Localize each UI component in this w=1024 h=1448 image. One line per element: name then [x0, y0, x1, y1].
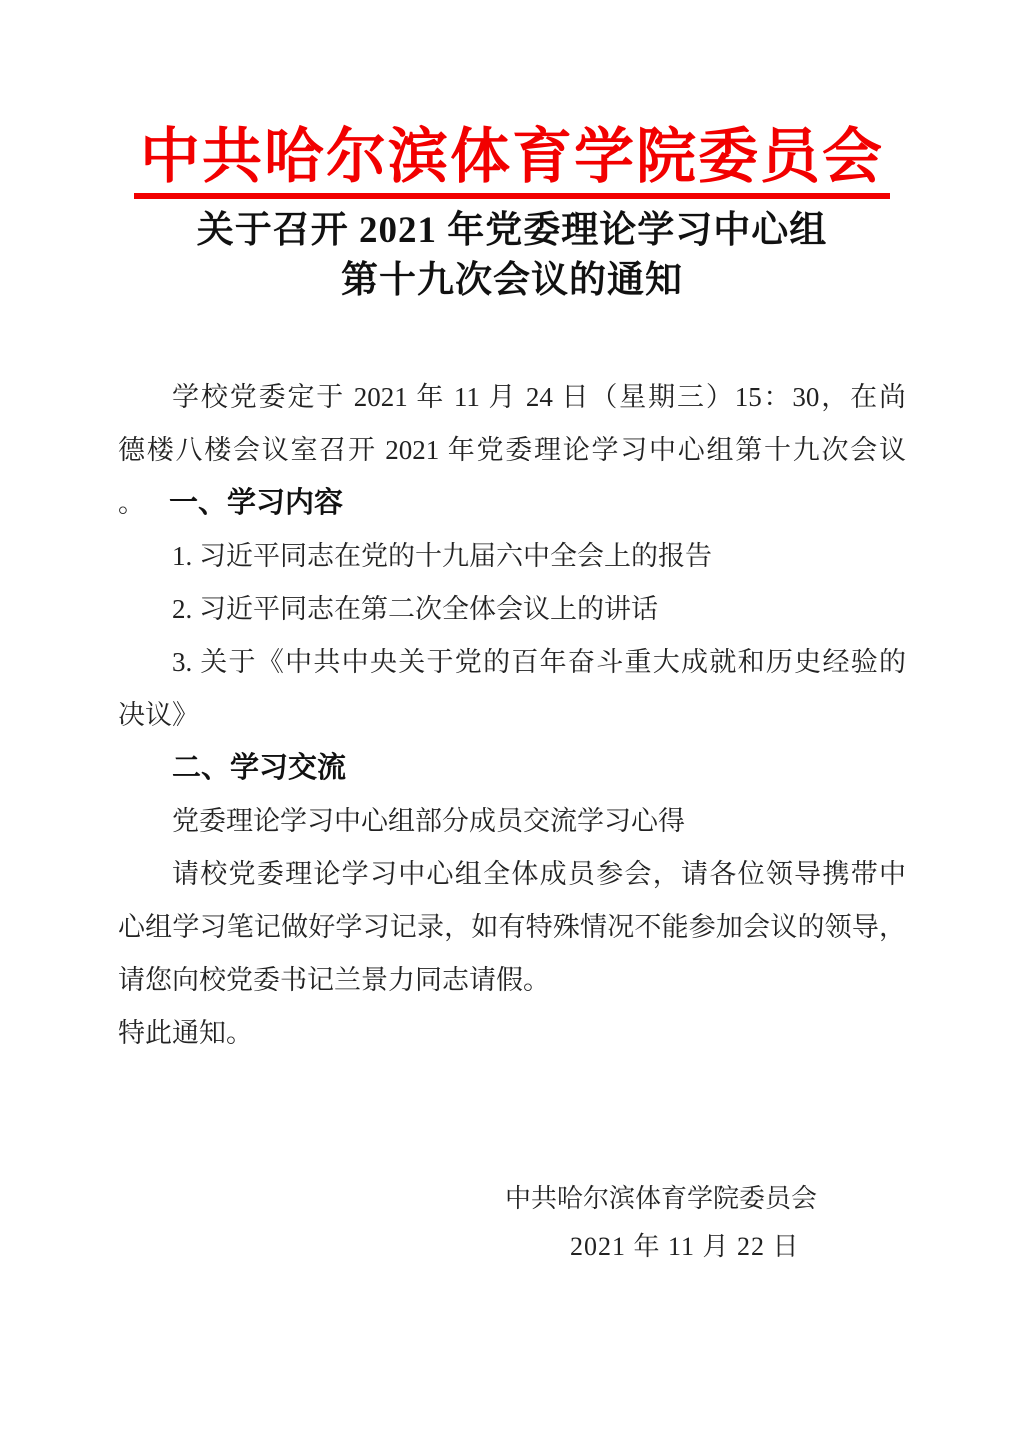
- doc-title-line2: 第十九次会议的通知: [0, 256, 1024, 306]
- section2-heading: 二、学习交流: [172, 752, 346, 784]
- section2-heading-line: 二、学习交流: [118, 742, 906, 795]
- paragraph2-line2: 心组学习笔记做好学习记录，如有特殊情况不能参加会议的领导，: [118, 901, 906, 954]
- org-title: 中共哈尔滨体育学院委员会: [134, 124, 890, 199]
- section2-text-line: 党委理论学习中心组部分成员交流学习心得: [118, 795, 906, 848]
- signature-org: 中共哈尔滨体育学院委员会: [505, 1182, 817, 1216]
- document-body: 学校党委定于 2021 年 11 月 24 日（星期三）15：30，在尚 德楼八…: [118, 371, 906, 1060]
- signature-date: 2021 年 11 月 22 日: [570, 1230, 800, 1264]
- list-item-2: 2. 习近平同志在第二次全体会议上的讲话: [118, 583, 906, 636]
- paragraph2-line3: 请您向校党委书记兰景力同志请假。: [118, 954, 906, 1007]
- paragraph1-line2: 德楼八楼会议室召开 2021 年党委理论学习中心组第十九次会议: [118, 424, 906, 477]
- section1-heading-line: 。一、学习内容: [118, 477, 906, 530]
- closing-line: 特此通知。: [118, 1007, 906, 1060]
- document-page: 中共哈尔滨体育学院委员会 关于召开 2021 年党委理论学习中心组 第十九次会议…: [0, 0, 1024, 1448]
- doc-title-line1: 关于召开 2021 年党委理论学习中心组: [0, 206, 1024, 256]
- paragraph2-line1: 请校党委理论学习中心组全体成员参会，请各位领导携带中: [118, 848, 906, 901]
- org-title-row: 中共哈尔滨体育学院委员会: [0, 124, 1024, 199]
- paragraph1-trailing-period: 。: [118, 488, 145, 518]
- doc-title: 关于召开 2021 年党委理论学习中心组 第十九次会议的通知: [0, 206, 1024, 306]
- list-item-1: 1. 习近平同志在党的十九届六中全会上的报告: [118, 530, 906, 583]
- section1-heading: 一、学习内容: [169, 487, 343, 519]
- list-item-3-line1: 3. 关于《中共中央关于党的百年奋斗重大成就和历史经验的: [118, 636, 906, 689]
- paragraph1-line1: 学校党委定于 2021 年 11 月 24 日（星期三）15：30，在尚: [118, 371, 906, 424]
- list-item-3-line2: 决议》: [118, 689, 906, 742]
